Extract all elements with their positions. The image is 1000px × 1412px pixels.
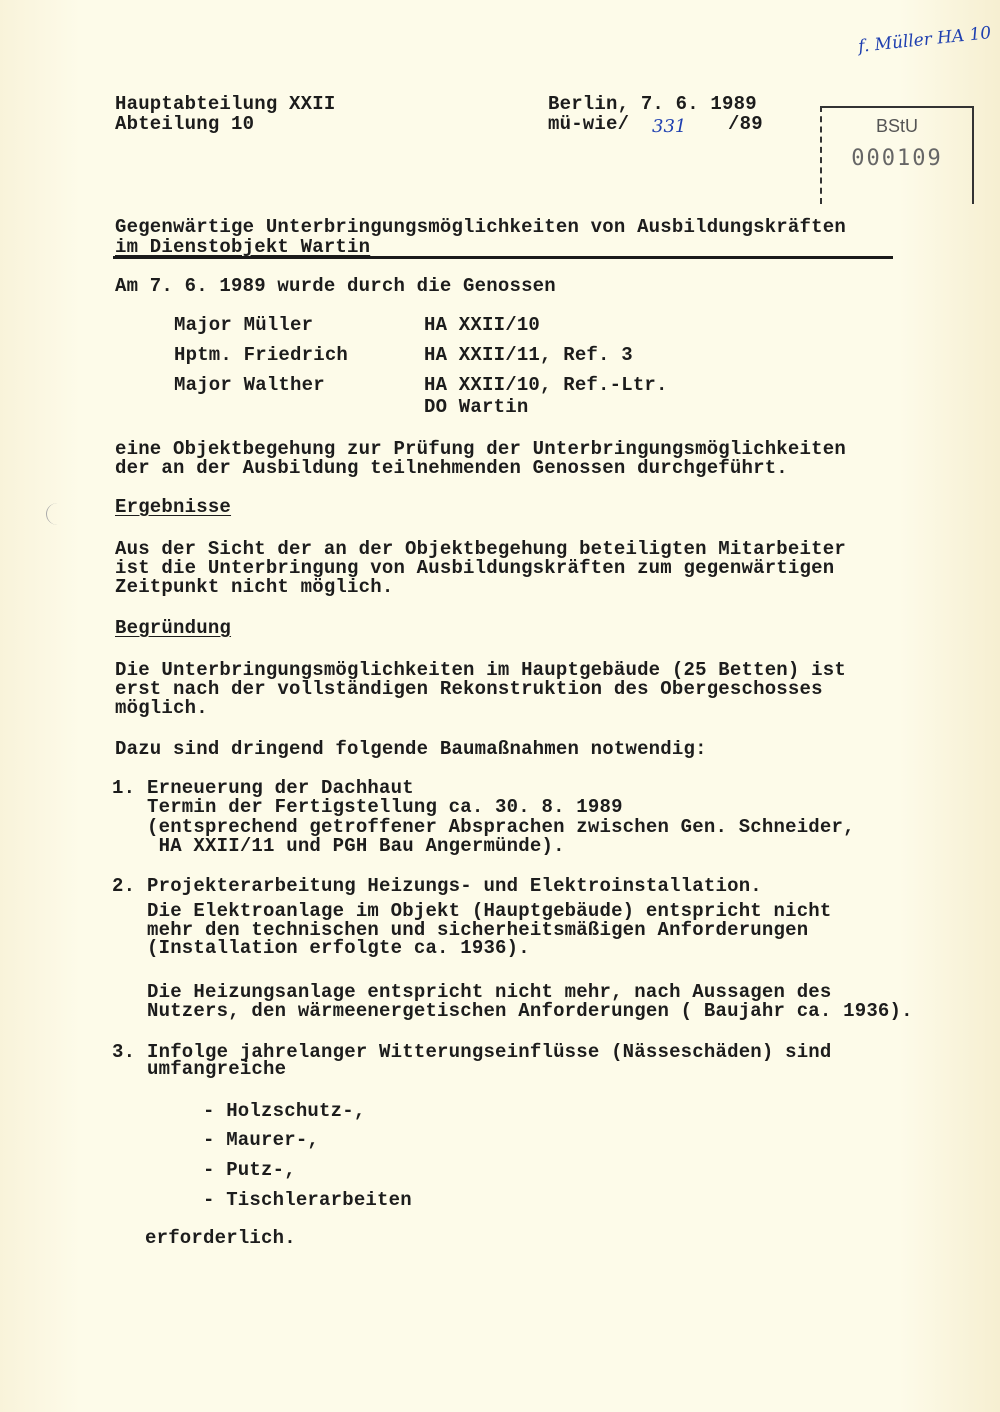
results-text: ist die Unterbringung von Ausbildungskrä… — [115, 558, 834, 578]
participant-unit: HA XXII/10 — [424, 315, 540, 335]
reasoning-text: möglich. — [115, 698, 208, 718]
participant-name: Hptm. Friedrich — [174, 345, 348, 365]
item-text: Nutzers, den wärmeenergetischen Anforder… — [147, 1001, 913, 1021]
item-text: umfangreiche — [147, 1059, 286, 1079]
participant-name: Major Walther — [174, 375, 325, 395]
work-item: - Putz-, — [203, 1160, 296, 1180]
reasoning-text: erst nach der vollständigen Rekonstrukti… — [115, 679, 823, 699]
reasoning-heading: Begründung — [115, 618, 231, 638]
item-text: (Installation erfolgte ca. 1936). — [147, 938, 530, 958]
reference-prefix: mü-wie/ — [548, 114, 629, 134]
item-text: Die Heizungsanlage entspricht nicht mehr… — [147, 982, 832, 1002]
bstu-stamp: BStU 000109 — [820, 106, 974, 204]
item-number: 2. — [112, 876, 135, 896]
stamp-number: 000109 — [822, 146, 972, 171]
reference-number: 331 — [652, 116, 686, 137]
document-title-line2: im Dienstobjekt Wartin — [115, 237, 370, 257]
document-title: Gegenwärtige Unterbringungsmöglichkeiten… — [115, 217, 846, 237]
item-number: 3. — [112, 1042, 135, 1062]
department: Hauptabteilung XXII — [115, 94, 335, 114]
measures-intro: Dazu sind dringend folgende Baumaßnahmen… — [115, 739, 707, 759]
reference-suffix: /89 — [728, 114, 763, 134]
title-rule — [113, 256, 893, 259]
purpose-text: eine Objektbegehung zur Prüfung der Unte… — [115, 439, 846, 459]
item-text: (entsprechend getroffener Absprachen zwi… — [147, 817, 855, 837]
participant-name: Major Müller — [174, 315, 313, 335]
handwritten-annotation: f. Müller HA 10 — [857, 23, 992, 57]
results-heading: Ergebnisse — [115, 497, 231, 517]
work-item: - Holzschutz-, — [203, 1101, 365, 1121]
item-number: 1. — [112, 778, 135, 798]
reasoning-text: Die Unterbringungsmöglichkeiten im Haupt… — [115, 660, 846, 680]
item-text: HA XXII/11 und PGH Bau Angermünde). — [147, 836, 565, 856]
results-text: Zeitpunkt nicht möglich. — [115, 577, 393, 597]
participant-unit: HA XXII/10, Ref.-Ltr. — [424, 375, 668, 395]
purpose-text: der an der Ausbildung teilnehmenden Geno… — [115, 458, 788, 478]
place-date: Berlin, 7. 6. 1989 — [548, 94, 757, 114]
work-item: - Tischlerarbeiten — [203, 1190, 412, 1210]
item-text: Termin der Fertigstellung ca. 30. 8. 198… — [147, 797, 623, 817]
participant-unit-2: DO Wartin — [424, 397, 528, 417]
item-text: Erneuerung der Dachhaut — [147, 778, 414, 798]
participant-unit: HA XXII/11, Ref. 3 — [424, 345, 633, 365]
closing-text: erforderlich. — [145, 1228, 296, 1248]
item-text: Die Elektroanlage im Objekt (Hauptgebäud… — [147, 901, 832, 921]
item-text: Projekterarbeitung Heizungs- und Elektro… — [147, 876, 762, 896]
results-text: Aus der Sicht der an der Objektbegehung … — [115, 539, 846, 559]
work-item: - Maurer-, — [203, 1130, 319, 1150]
intro-text: Am 7. 6. 1989 wurde durch die Genossen — [115, 276, 556, 296]
stamp-label: BStU — [822, 116, 972, 137]
punch-hole — [46, 503, 69, 525]
division: Abteilung 10 — [115, 114, 254, 134]
